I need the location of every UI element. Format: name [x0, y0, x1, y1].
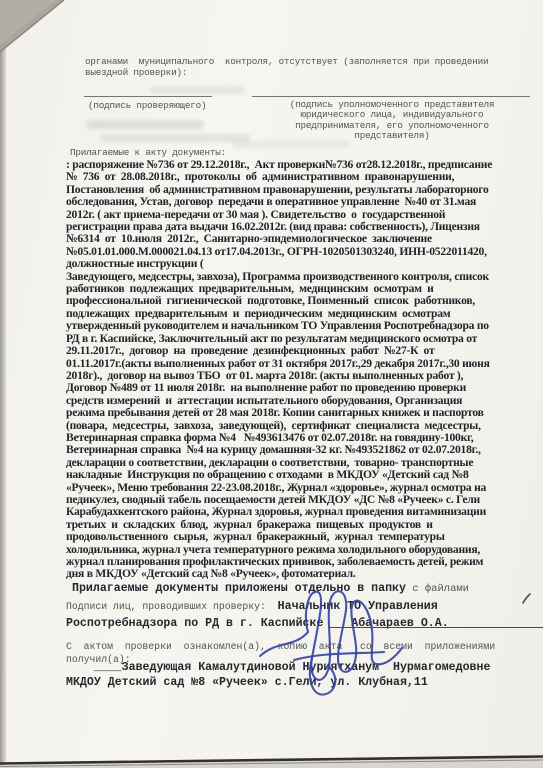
attachments-folder-note-tail: с файлами: [406, 583, 469, 595]
inspectors-signature-label: Подписи лиц, проводивших проверку:: [66, 601, 278, 612]
pen-tick-mark: [520, 592, 534, 606]
attached-documents-label: Прилагаемые к акту документы:: [70, 147, 226, 158]
representative-signature-line: [252, 96, 530, 97]
bleedthrough-artifact: [232, 141, 350, 148]
page-left-edge: [0, 0, 6, 768]
bleedthrough-artifact: [86, 120, 204, 129]
bleedthrough-artifact: [100, 134, 250, 142]
bleedthrough-artifact: [150, 86, 245, 94]
inspector-signature-line: [84, 96, 212, 97]
page-corner-fold: [0, 0, 70, 56]
inspector-signature-caption: (подпись проверяющего): [88, 100, 206, 111]
representative-signature-caption: (подпись уполномоченного представителя ю…: [252, 100, 532, 142]
page-bottom-edge: [0, 748, 543, 768]
handwritten-signature: [250, 570, 415, 702]
inspection-absence-paragraph: органами муниципального контроля, отсутс…: [85, 56, 488, 78]
attached-documents-list: : распоряжение №736 от 29.12.2018г., Акт…: [66, 159, 492, 581]
scanned-document-page: органами муниципального контроля, отсутс…: [0, 0, 543, 768]
